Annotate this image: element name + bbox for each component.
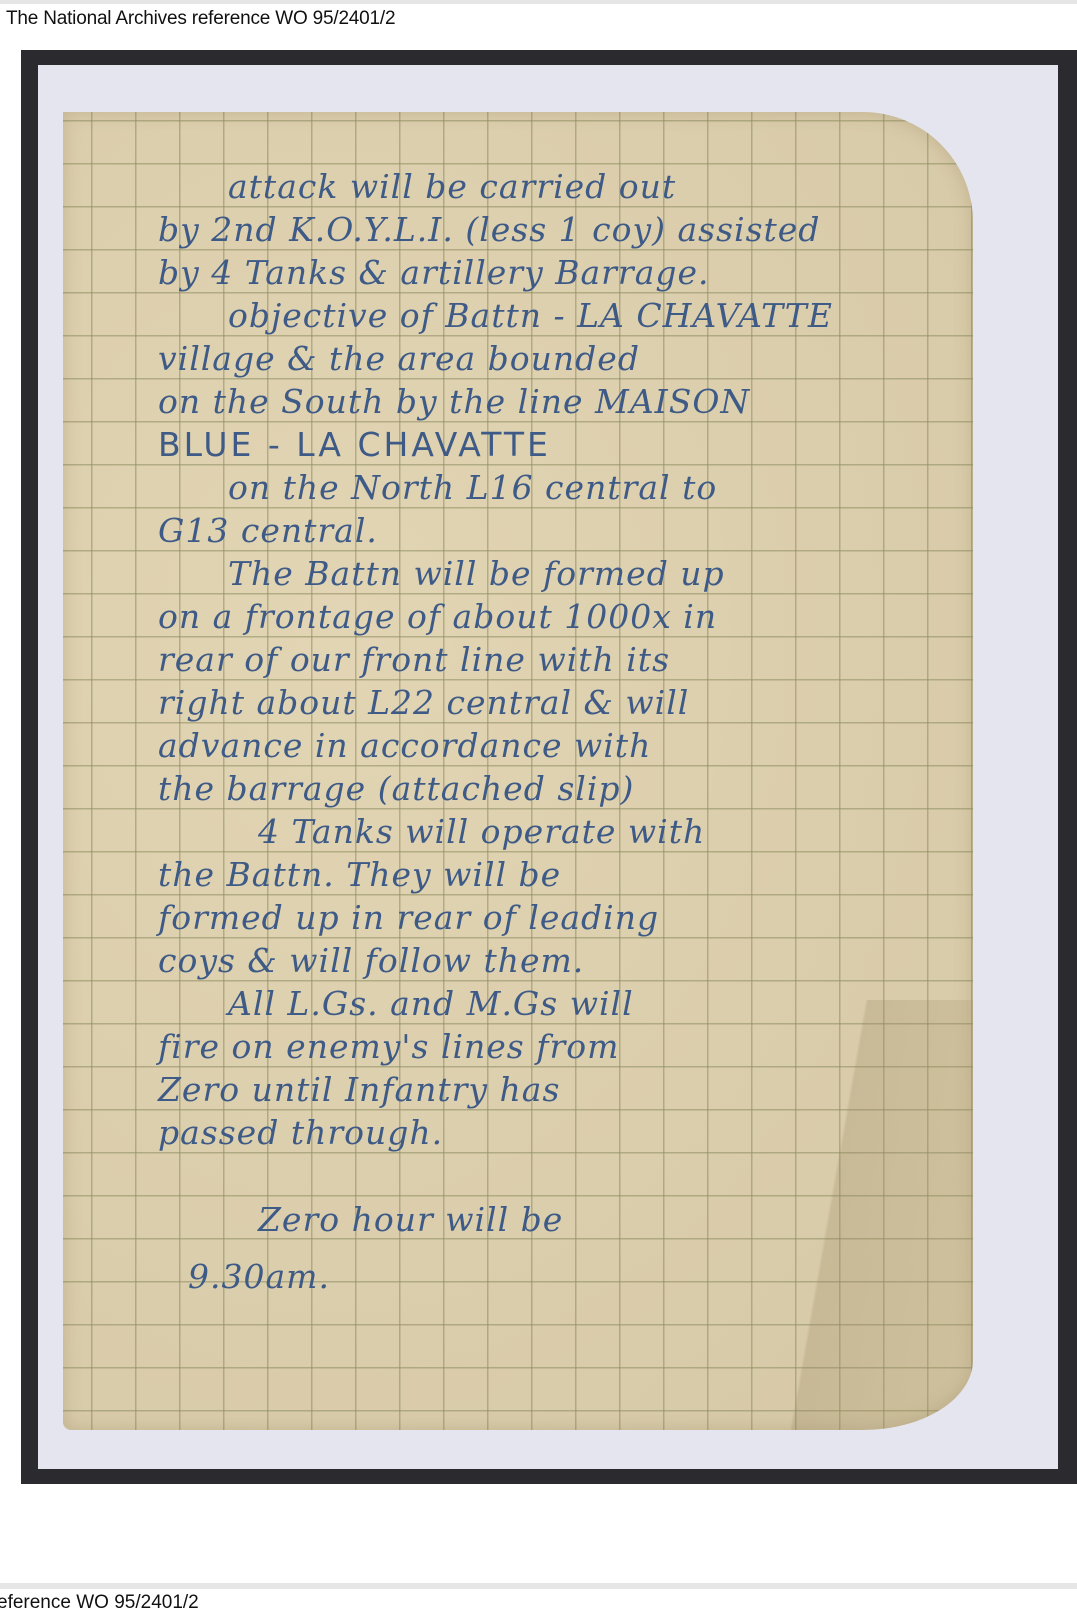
text-line: village & the area bounded [158, 337, 1038, 380]
text-line: coys & will follow them. [158, 939, 1038, 982]
text-line: Zero until Infantry has [158, 1068, 1038, 1111]
blank-space [158, 1241, 1038, 1255]
text-line: Zero hour will be [158, 1198, 1038, 1241]
text-line: fire on enemy's lines from [158, 1025, 1038, 1068]
text-line: All L.Gs. and M.Gs will [158, 982, 1038, 1025]
text-line: the Battn. They will be [158, 853, 1038, 896]
blank-space [158, 1154, 1038, 1198]
text-line: objective of Battn - LA CHAVATTE [158, 294, 1038, 337]
handwritten-text: attack will be carried out by 2nd K.O.Y.… [158, 165, 1038, 1298]
text-line: BLUE - LA CHAVATTE [158, 423, 1038, 466]
top-divider [0, 0, 1077, 4]
text-line: passed through. [158, 1111, 1038, 1154]
archive-reference-footer: eference WO 95/2401/2 [0, 1592, 199, 1614]
text-line: rear of our front line with its [158, 638, 1038, 681]
archive-reference-header: The National Archives reference WO 95/24… [6, 8, 395, 30]
text-line: G13 central. [158, 509, 1038, 552]
document-mat: attack will be carried out by 2nd K.O.Y.… [38, 65, 1058, 1469]
text-line: on the South by the line MAISON [158, 380, 1038, 423]
text-line: attack will be carried out [158, 165, 1038, 208]
text-line: The Battn will be formed up [158, 552, 1038, 595]
text-line: right about L22 central & will [158, 681, 1038, 724]
text-line: on a frontage of about 1000x in [158, 595, 1038, 638]
text-line: the barrage (attached slip) [158, 767, 1038, 810]
text-line: by 2nd K.O.Y.L.I. (less 1 coy) assisted [158, 208, 1038, 251]
document-frame: attack will be carried out by 2nd K.O.Y.… [21, 50, 1077, 1484]
text-line: formed up in rear of leading [158, 896, 1038, 939]
text-line: advance in accordance with [158, 724, 1038, 767]
text-line: by 4 Tanks & artillery Barrage. [158, 251, 1038, 294]
zero-hour-time: 9.30am. [158, 1255, 1038, 1298]
text-line: on the North L16 central to [158, 466, 1038, 509]
bottom-divider [0, 1583, 1077, 1589]
text-line: 4 Tanks will operate with [158, 810, 1038, 853]
